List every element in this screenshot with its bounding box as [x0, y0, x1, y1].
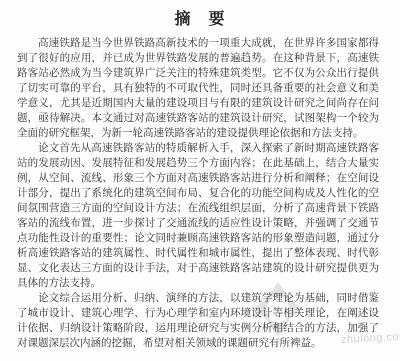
abstract-body: 高速铁路是当今世界铁路高新技术的一项重大成就，在世界许多国家都得到了很好的应用，…: [17, 36, 379, 351]
text-line: 全面的研究框架，为新一轮高速铁路客站的建设提供理论依据和方法支持。: [17, 126, 379, 141]
text-line: 例，从空间、流线、形象三个方面对高速铁路客站进行分析和阐释；在空间设: [17, 171, 379, 186]
text-line: 论文首先从高速铁路客站的特质解析入手，深入探索了新时期高速铁路客: [17, 141, 379, 156]
text-line: 题，亟待解决。本文通过对高速铁路客站的建筑设计研究，试图架构一个较为: [17, 111, 379, 126]
text-line: 了城市设计、建筑心理学、行为心理学和室内环境设计等相关理论，在阐述设: [17, 306, 379, 321]
text-line: 了切实可靠的平台，具有独特的不可取代性，同时还具备重要的社会意义和美: [17, 81, 379, 96]
text-line: 显、文化表达三方面的设计手法，对于高速铁路客站建筑的设计研究提供更为: [17, 261, 379, 276]
text-line: 对课题深层次内涵的挖掘，希望对相关领域的课题研究有所裨益。: [17, 336, 379, 351]
text-line: 客站的流线布置，进一步探讨了交通流线的适应性设计策略，并强调了交通节: [17, 216, 379, 231]
text-line: 论文综合运用分析、归纳、演绎的方法，以建筑学理论为基础，同时借鉴: [17, 291, 379, 306]
text-line: 析高速铁路客站的建筑属性、时代属性和城市属性，提出了整体表现、时代彰: [17, 246, 379, 261]
text-line: 点功能性设计的重要性；论文同时兼顾高速铁路客站的形象塑造问题，通过分: [17, 231, 379, 246]
text-line: 计部分，提出了系统化的建筑空间布局、复合化的功能空间构成及人性化的空: [17, 186, 379, 201]
text-line: 计依据、归纳设计策略阶段，运用理论研究与实例分析相结合的方法，加强了: [17, 321, 379, 336]
text-line: 路客站必然成为当今建筑界广泛关注的特殊建筑类型。它不仅为公众出行提供: [17, 66, 379, 81]
paragraph: 论文首先从高速铁路客站的特质解析入手，深入探索了新时期高速铁路客站的发展动因、发…: [17, 141, 379, 291]
page-title: 摘 要: [0, 6, 400, 26]
document-page: 摘 要 高速铁路是当今世界铁路高新技术的一项重大成就，在世界许多国家都得到了很好…: [0, 0, 400, 361]
text-line: 站的发展动因、发展特征和发展趋势三个方面内容；在此基础上，结合大量实: [17, 156, 379, 171]
text-line: 高速铁路是当今世界铁路高新技术的一项重大成就，在世界许多国家都得: [17, 36, 379, 51]
paragraph: 论文综合运用分析、归纳、演绎的方法，以建筑学理论为基础，同时借鉴了城市设计、建筑…: [17, 291, 379, 351]
paragraph: 高速铁路是当今世界铁路高新技术的一项重大成就，在世界许多国家都得到了很好的应用，…: [17, 36, 379, 141]
text-line: 间氛围营造三方面的空间设计方法；在流线组织层面，分析了高速背景下铁路: [17, 201, 379, 216]
text-line: 到了很好的应用，并已成为世界铁路发展的普遍趋势。在这种背景下，高速铁: [17, 51, 379, 66]
text-line: 具体的方法支持。: [17, 276, 379, 291]
text-line: 学意义，尤其是近期国内大量的建设项目与有限的建筑设计研究之间尚存在问: [17, 96, 379, 111]
